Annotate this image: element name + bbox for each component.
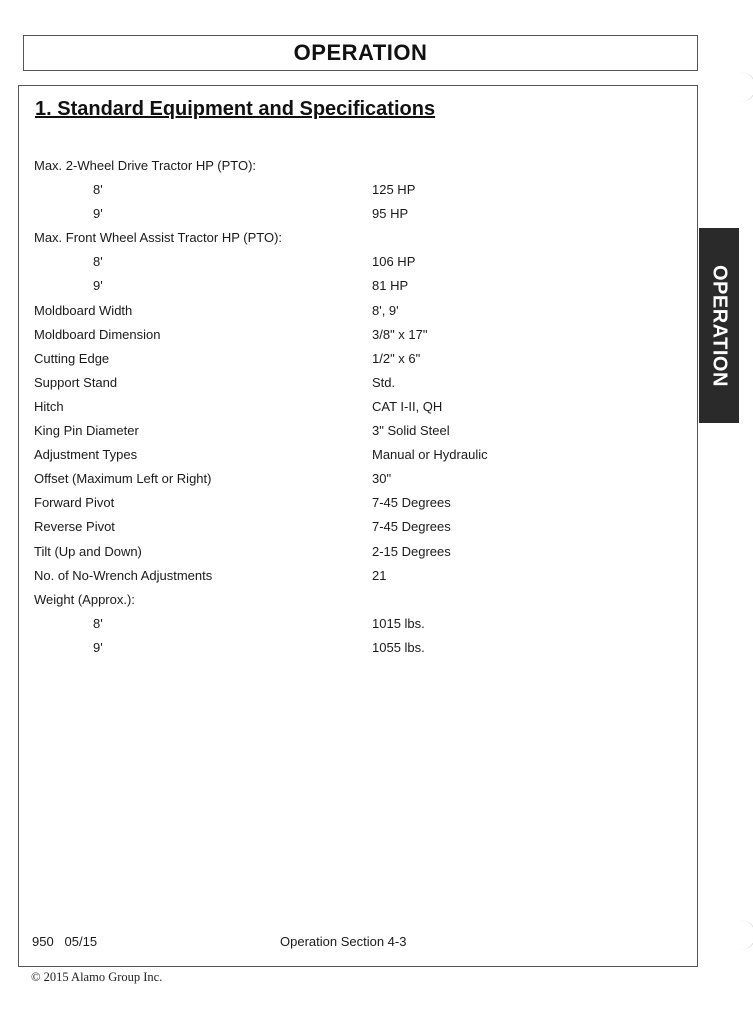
spec-list: Max. 2-Wheel Drive Tractor HP (PTO):8'12…	[34, 154, 674, 660]
spec-value: 7-45 Degrees	[372, 515, 451, 539]
spec-value: Std.	[372, 371, 395, 395]
spec-row: Tilt (Up and Down)2-15 Degrees	[34, 540, 674, 564]
spec-row: 9'81 HP	[34, 274, 674, 298]
spec-label: 8'	[93, 612, 103, 636]
footer-section-page: Operation Section 4-3	[280, 934, 406, 949]
spec-label: Offset (Maximum Left or Right)	[34, 467, 211, 491]
binder-hole-mark	[725, 920, 753, 950]
spec-value: 106 HP	[372, 250, 415, 274]
spec-row: Moldboard Dimension3/8" x 17"	[34, 323, 674, 347]
spec-label: Weight (Approx.):	[34, 588, 135, 612]
spec-label: Max. Front Wheel Assist Tractor HP (PTO)…	[34, 226, 282, 250]
spec-label: 9'	[93, 202, 103, 226]
spec-label: 8'	[93, 250, 103, 274]
spec-row: Adjustment TypesManual or Hydraulic	[34, 443, 674, 467]
spec-label: Adjustment Types	[34, 443, 137, 467]
spec-row: 8'1015 lbs.	[34, 612, 674, 636]
spec-value: 8', 9'	[372, 299, 399, 323]
copyright: © 2015 Alamo Group Inc.	[31, 970, 162, 985]
spec-value: 7-45 Degrees	[372, 491, 451, 515]
spec-label: Moldboard Width	[34, 299, 132, 323]
spec-label: Support Stand	[34, 371, 117, 395]
spec-label: Hitch	[34, 395, 64, 419]
spec-row: Support StandStd.	[34, 371, 674, 395]
content-frame: 1. Standard Equipment and Specifications…	[18, 85, 698, 967]
spec-label: Reverse Pivot	[34, 515, 115, 539]
spec-label: Max. 2-Wheel Drive Tractor HP (PTO):	[34, 154, 256, 178]
spec-row: King Pin Diameter3" Solid Steel	[34, 419, 674, 443]
spec-row: Moldboard Width8', 9'	[34, 299, 674, 323]
spec-label: 9'	[93, 636, 103, 660]
spec-row: Forward Pivot7-45 Degrees	[34, 491, 674, 515]
spec-value: 1/2" x 6"	[372, 347, 420, 371]
spec-label: Cutting Edge	[34, 347, 109, 371]
spec-value: 30"	[372, 467, 391, 491]
spec-value: Manual or Hydraulic	[372, 443, 488, 467]
spec-label: No. of No-Wrench Adjustments	[34, 564, 212, 588]
spec-label: Tilt (Up and Down)	[34, 540, 142, 564]
spec-row: Cutting Edge1/2" x 6"	[34, 347, 674, 371]
spec-value: 81 HP	[372, 274, 408, 298]
spec-row: 8'125 HP	[34, 178, 674, 202]
spec-row: Reverse Pivot7-45 Degrees	[34, 515, 674, 539]
spec-row: 9'1055 lbs.	[34, 636, 674, 660]
footer-model-date: 950 05/15	[32, 934, 97, 949]
binder-hole-mark	[725, 72, 753, 102]
side-tab: OPERATION	[699, 228, 739, 423]
spec-value: 95 HP	[372, 202, 408, 226]
spec-row: Max. 2-Wheel Drive Tractor HP (PTO):	[34, 154, 674, 178]
spec-value: 1015 lbs.	[372, 612, 425, 636]
spec-row: 9'95 HP	[34, 202, 674, 226]
spec-value: 3" Solid Steel	[372, 419, 450, 443]
spec-row: 8'106 HP	[34, 250, 674, 274]
spec-row: Weight (Approx.):	[34, 588, 674, 612]
spec-label: 8'	[93, 178, 103, 202]
spec-label: King Pin Diameter	[34, 419, 139, 443]
header-banner: OPERATION	[23, 35, 698, 71]
spec-label: Forward Pivot	[34, 491, 114, 515]
spec-value: 21	[372, 564, 386, 588]
spec-label: Moldboard Dimension	[34, 323, 160, 347]
header-title: OPERATION	[294, 40, 428, 66]
spec-value: 2-15 Degrees	[372, 540, 451, 564]
spec-value: 125 HP	[372, 178, 415, 202]
spec-row: Offset (Maximum Left or Right)30"	[34, 467, 674, 491]
spec-row: HitchCAT I-II, QH	[34, 395, 674, 419]
spec-value: 1055 lbs.	[372, 636, 425, 660]
spec-value: 3/8" x 17"	[372, 323, 428, 347]
side-tab-label: OPERATION	[708, 265, 731, 387]
spec-row: No. of No-Wrench Adjustments21	[34, 564, 674, 588]
spec-label: 9'	[93, 274, 103, 298]
spec-value: CAT I-II, QH	[372, 395, 442, 419]
section-title: 1. Standard Equipment and Specifications	[35, 98, 435, 121]
spec-row: Max. Front Wheel Assist Tractor HP (PTO)…	[34, 226, 674, 250]
